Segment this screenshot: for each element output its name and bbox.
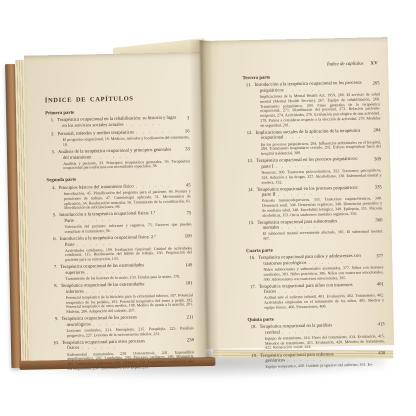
entry-number: 13. [244,159,253,165]
running-header-title: Índice de capítulos [327,62,364,68]
entry-number: 7. [48,266,57,272]
entry-number: 17. [247,285,256,291]
part-heading: Cuarta parte [246,246,383,254]
entry-number: 4. [47,186,56,192]
part-heading: Tercera parte [242,73,379,81]
entry-number: 1. [45,119,54,125]
entry-page-number: 211 [180,315,193,321]
running-header: Índice de capítulosXV [242,61,379,69]
entry-detail: Introducción, 45. Planificación del prog… [64,189,191,211]
right-page: Índice de capítulosXV Tercera parte11.In… [200,37,394,349]
part-heading: Primera parte [45,108,189,116]
entry-page-number: 430 [372,351,385,357]
entry-number: 6. [48,237,57,243]
entry-number: 2. [46,132,55,138]
entry-number: 11. [243,83,252,89]
entry-detail: Implicaciones de la Mental Health Act, 1… [260,92,381,128]
entry-detail: En los procesos psiquiátricos, 284. Infl… [261,140,381,157]
left-page-body: Primera parte1.Terapéutica ocupacional e… [45,108,194,372]
entry-page-number: 181 [180,281,193,287]
entry-detail: El programa ocupacional, 16. Médicos, mé… [63,135,190,147]
toc-entry: 1.Terapéutica ocupacional en la rehabili… [45,116,189,130]
entry-detail: Potencial terapéutico de la bicicleta pa… [66,293,193,315]
entry-number: 5. [47,214,56,220]
entry-number: 15. [245,221,254,227]
entry-title: Terapéutica ocupacional en la rehabilita… [57,116,176,129]
entry-page-number: 335 [369,185,382,191]
entry-detail: Tratamiento de las lesiones de la mano, … [66,274,193,281]
open-book: ÍNDICE DE CAPÍTULOS Primera parte1.Terap… [5,32,406,370]
entry-page-number: 265 [367,81,380,87]
entry-detail: Neurosis, 309. Trastornos psicosomáticos… [261,168,381,185]
entry-number: 18. [248,325,257,331]
part-heading: Segunda parte [46,176,190,184]
entry-page-number: 3 [176,116,189,122]
folio-page-number: XV [370,61,378,66]
toc-title: ÍNDICE DE CAPÍTULOS [45,94,189,104]
entry-detail: Niños subnormales y subnormales acentuad… [263,265,383,282]
entry-page-number: 75 [178,211,191,217]
entry-detail: Psicosis maniacodepresivas, 335. Trastor… [262,197,382,219]
entry-detail: Valoración del paciente: informes y regi… [64,222,191,234]
entry-detail: Actitud ante el enfermo infantil, 401. E… [264,294,384,311]
entry-number: 16. [246,256,255,262]
entry-number: 14. [245,188,254,194]
right-page-body: Tercera parte11.Introducción a la terapé… [242,73,385,370]
entry-page-number: 309 [368,157,381,163]
entry-number: 8. [49,284,58,290]
entry-number: 10. [50,341,59,347]
entry-page-number: 149 [179,263,192,269]
entry-page-number: 238 [181,338,194,344]
entry-number: 9. [49,317,58,323]
entry-number: 3. [46,150,55,156]
left-page: ÍNDICE DE CAPÍTULOS Primera parte1.Terap… [24,52,206,361]
entry-number: 19. [248,354,257,360]
photo-background: ÍNDICE DE CAPÍTULOS Primera parte1.Terap… [0,0,416,416]
entry-page-number: 109 [179,234,192,240]
dot-leader [124,122,161,128]
entry-page-number: 401 [371,282,384,288]
entry-detail: Actividades cotidianas, 109. Evaluación … [65,246,192,263]
entry-detail: El subnormal mental severamente afectado… [263,230,383,242]
part-heading: Quinta parte [247,315,384,323]
entry-page-number: 360 [369,218,382,224]
entry-detail: Equipo de tratamiento, 414. Fines del tr… [265,334,385,351]
entry-page-number: 377 [370,254,383,260]
entry-detail: Análisis y paciente, 33. Principios tera… [63,159,190,171]
entry-page-number: 413 [372,322,385,328]
entry-detail: Enfermedad reumatoidea, 238. Osteoartros… [67,350,194,372]
entry-number: 12. [244,131,253,137]
entry-detail: Lesiones cerebrales, 211. Hemiplejía, 21… [67,326,194,338]
entry-page-number: 284 [368,128,381,134]
entry-page-number: 33 [177,147,190,153]
